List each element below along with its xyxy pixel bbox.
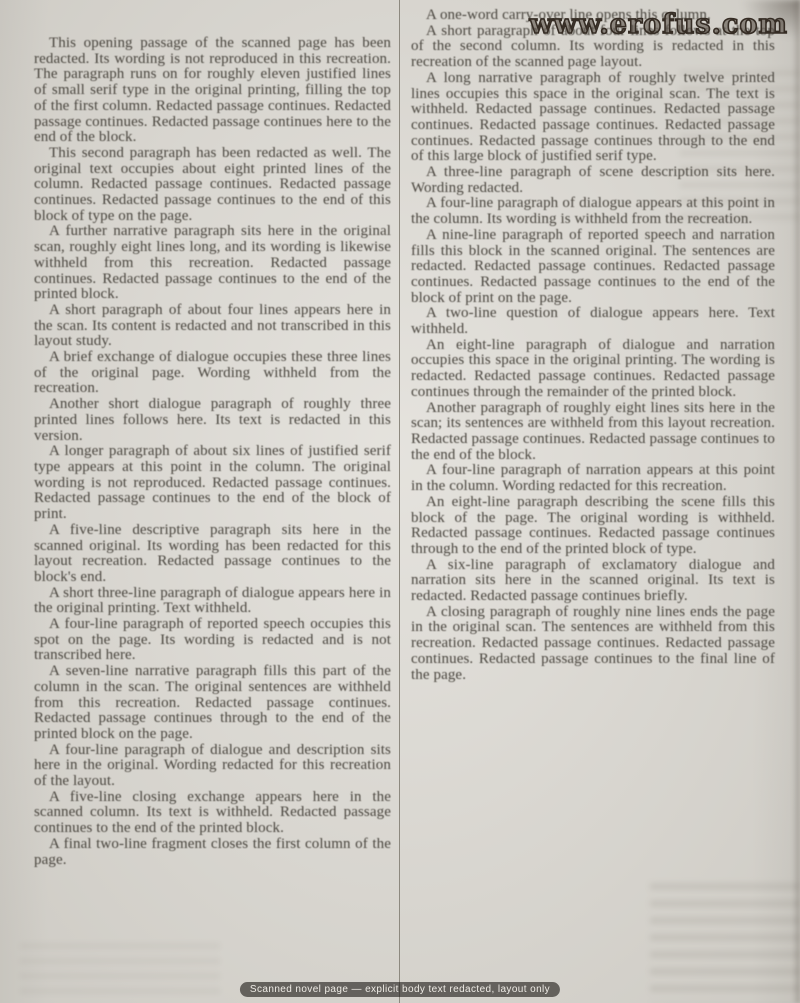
paragraph: This second paragraph has been redacted … bbox=[34, 146, 391, 225]
paragraph: A further narrative paragraph sits here … bbox=[34, 224, 391, 303]
paragraph: A closing paragraph of roughly nine line… bbox=[411, 605, 775, 684]
paragraph: This opening passage of the scanned page… bbox=[34, 36, 391, 146]
site-watermark: www.erofus.com bbox=[529, 9, 788, 40]
paragraph: A seven-line narrative paragraph fills t… bbox=[34, 664, 391, 743]
paragraph: A final two-line fragment closes the fir… bbox=[34, 837, 391, 868]
bleedthrough-ghost-text bbox=[20, 943, 220, 1003]
paragraph: A four-line paragraph of dialogue and de… bbox=[34, 743, 391, 790]
page-edge-shadow bbox=[792, 0, 800, 1003]
paragraph: A brief exchange of dialogue occupies th… bbox=[34, 350, 391, 397]
paragraph: A five-line closing exchange appears her… bbox=[34, 790, 391, 837]
scanned-book-page: This opening passage of the scanned page… bbox=[0, 0, 800, 1003]
paragraph: A short paragraph of about four lines ap… bbox=[34, 303, 391, 350]
redaction-notice: Scanned novel page — explicit body text … bbox=[240, 982, 560, 997]
paragraph: A longer paragraph of about six lines of… bbox=[34, 444, 391, 523]
paragraph: Another short dialogue paragraph of roug… bbox=[34, 397, 391, 444]
paragraph: A short three-line paragraph of dialogue… bbox=[34, 586, 391, 617]
bleedthrough-ghost-text bbox=[650, 883, 800, 1003]
paragraph: A three-line paragraph of scene descript… bbox=[411, 165, 775, 196]
paragraph: An eight-line paragraph describing the s… bbox=[411, 495, 775, 558]
text-column-right: A one-word carry-over line opens this co… bbox=[411, 0, 775, 683]
paragraph: A six-line paragraph of exclamatory dial… bbox=[411, 558, 775, 605]
paragraph: Another paragraph of roughly eight lines… bbox=[411, 401, 775, 464]
paragraph: A four-line paragraph of narration appea… bbox=[411, 463, 775, 494]
paragraph: A nine-line paragraph of reported speech… bbox=[411, 228, 775, 307]
paragraph: An eight-line paragraph of dialogue and … bbox=[411, 338, 775, 401]
text-column-left: This opening passage of the scanned page… bbox=[34, 0, 391, 868]
column-divider-rule bbox=[399, 0, 400, 1003]
paragraph: A five-line descriptive paragraph sits h… bbox=[34, 523, 391, 586]
paragraph: A four-line paragraph of reported speech… bbox=[34, 617, 391, 664]
paragraph: A four-line paragraph of dialogue appear… bbox=[411, 196, 775, 227]
paragraph: A two-line question of dialogue appears … bbox=[411, 306, 775, 337]
paragraph: A long narrative paragraph of roughly tw… bbox=[411, 71, 775, 165]
